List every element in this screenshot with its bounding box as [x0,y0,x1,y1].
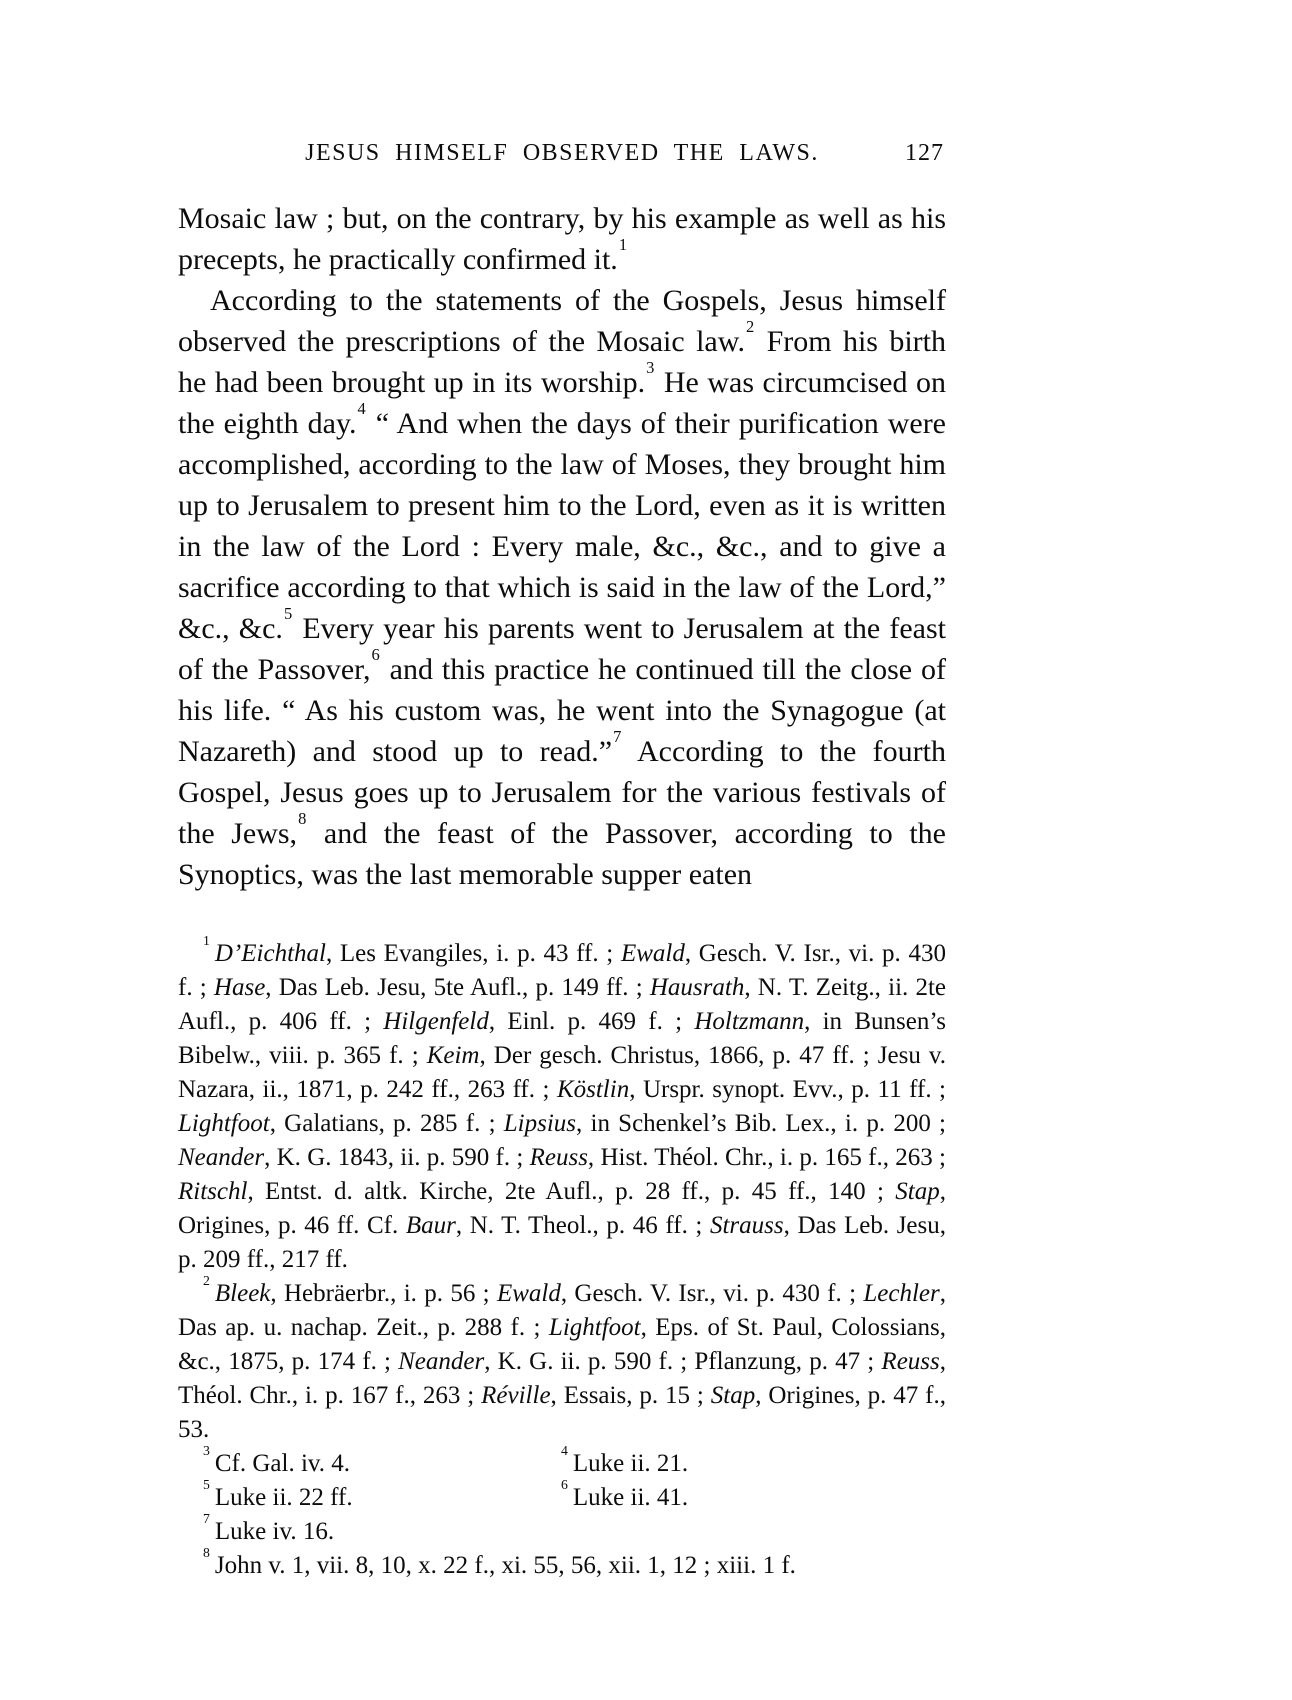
cited-author: D’Eichthal [215,940,326,967]
footnote-ref: 5 [284,604,292,623]
page-content: JESUS HIMSELF OBSERVED THE LAWS. 127 Mos… [178,140,946,1583]
page-number: 127 [905,140,944,167]
cited-author: Neander [398,1348,484,1375]
footnotes-section: 1D’Eichthal, Les Evangiles, i. p. 43 ff.… [178,937,946,1583]
footnote-ref: 6 [561,1477,568,1492]
footnote-ref: 4 [358,399,366,418]
body-text: Mosaic law ; but, on the contrary, by hi… [178,198,946,895]
book-page: JESUS HIMSELF OBSERVED THE LAWS. 127 Mos… [0,0,1292,1700]
cited-author: Strauss [710,1212,784,1239]
cited-author: Ritschl [178,1178,247,1205]
footnote-ref: 7 [613,727,621,746]
footnote-ref: 7 [203,1511,210,1526]
cited-author: Lipsius [504,1110,576,1137]
footnote: 2Bleek, Hebräerbr., i. p. 56 ; Ewald, Ge… [178,1277,946,1447]
page-header: JESUS HIMSELF OBSERVED THE LAWS. 127 [178,140,946,170]
footnote: 1D’Eichthal, Les Evangiles, i. p. 43 ff.… [178,937,946,1277]
footnote: 8John v. 1, vii. 8, 10, x. 22 f., xi. 55… [202,1549,796,1583]
cited-author: Keim [427,1042,480,1069]
footnote: 6Luke ii. 41. [560,1481,688,1515]
footnote-ref: 2 [203,1273,210,1288]
cited-author: Reuss [530,1144,588,1171]
cited-author: Neander [178,1144,264,1171]
footnote-ref: 3 [646,358,654,377]
cited-author: Ewald [497,1280,561,1307]
footnote: 3Cf. Gal. iv. 4. [202,1447,560,1481]
paragraph: According to the statements of the Gospe… [178,280,946,895]
cited-author: Lightfoot [549,1314,641,1341]
cited-author: Hausrath [650,974,744,1001]
footnote-ref: 4 [561,1443,568,1458]
footnote-row: 7Luke iv. 16. [178,1515,946,1549]
cited-author: Lechler [863,1280,939,1307]
footnote-ref: 5 [203,1477,210,1492]
cited-author: Lightfoot [178,1110,270,1137]
footnote: 4Luke ii. 21. [560,1447,688,1481]
cited-author: Reuss [881,1348,939,1375]
paragraph: Mosaic law ; but, on the contrary, by hi… [178,198,946,280]
cited-author: Stap [895,1178,939,1205]
footnote-row: 8John v. 1, vii. 8, 10, x. 22 f., xi. 55… [178,1549,946,1583]
cited-author: Réville [481,1382,550,1409]
footnote-ref: 3 [203,1443,210,1458]
cited-author: Baur [406,1212,456,1239]
footnote: 7Luke iv. 16. [202,1515,334,1549]
footnote-ref: 1 [619,235,627,254]
footnote-ref: 8 [203,1545,210,1560]
running-title: JESUS HIMSELF OBSERVED THE LAWS. [305,140,819,166]
footnote-ref: 8 [298,809,306,828]
footnote-ref: 2 [746,317,754,336]
footnote-row: 5Luke ii. 22 ff.6Luke ii. 41. [178,1481,946,1515]
cited-author: Ewald [621,940,685,967]
footnote-ref: 1 [203,933,210,948]
footnote: 5Luke ii. 22 ff. [202,1481,560,1515]
cited-author: Hase [214,974,265,1001]
footnote-ref: 6 [371,645,379,664]
cited-author: Holtzmann [694,1008,804,1035]
cited-author: Köstlin [557,1076,629,1103]
cited-author: Stap [711,1382,755,1409]
cited-author: Hilgenfeld [383,1008,489,1035]
cited-author: Bleek [215,1280,271,1307]
footnote-row: 3Cf. Gal. iv. 4.4Luke ii. 21. [178,1447,946,1481]
